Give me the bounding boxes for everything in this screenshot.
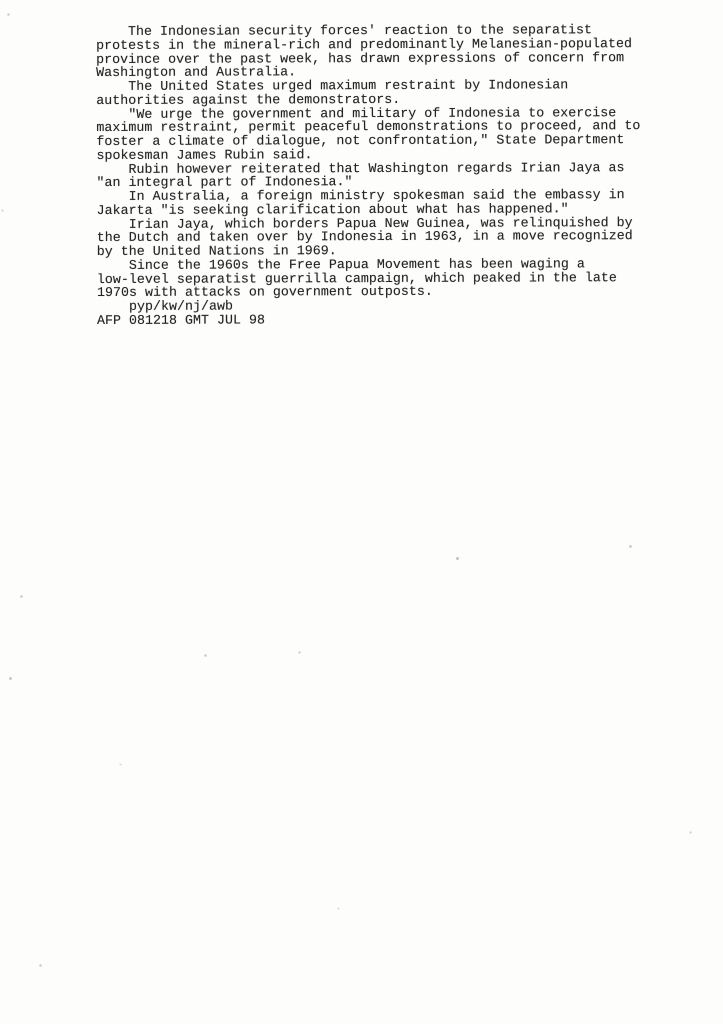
scanned-document-page: The Indonesian security forces' reaction… (0, 0, 723, 1024)
scan-noise-specks (0, 0, 1, 1)
article-text: The Indonesian security forces' reaction… (96, 23, 641, 327)
